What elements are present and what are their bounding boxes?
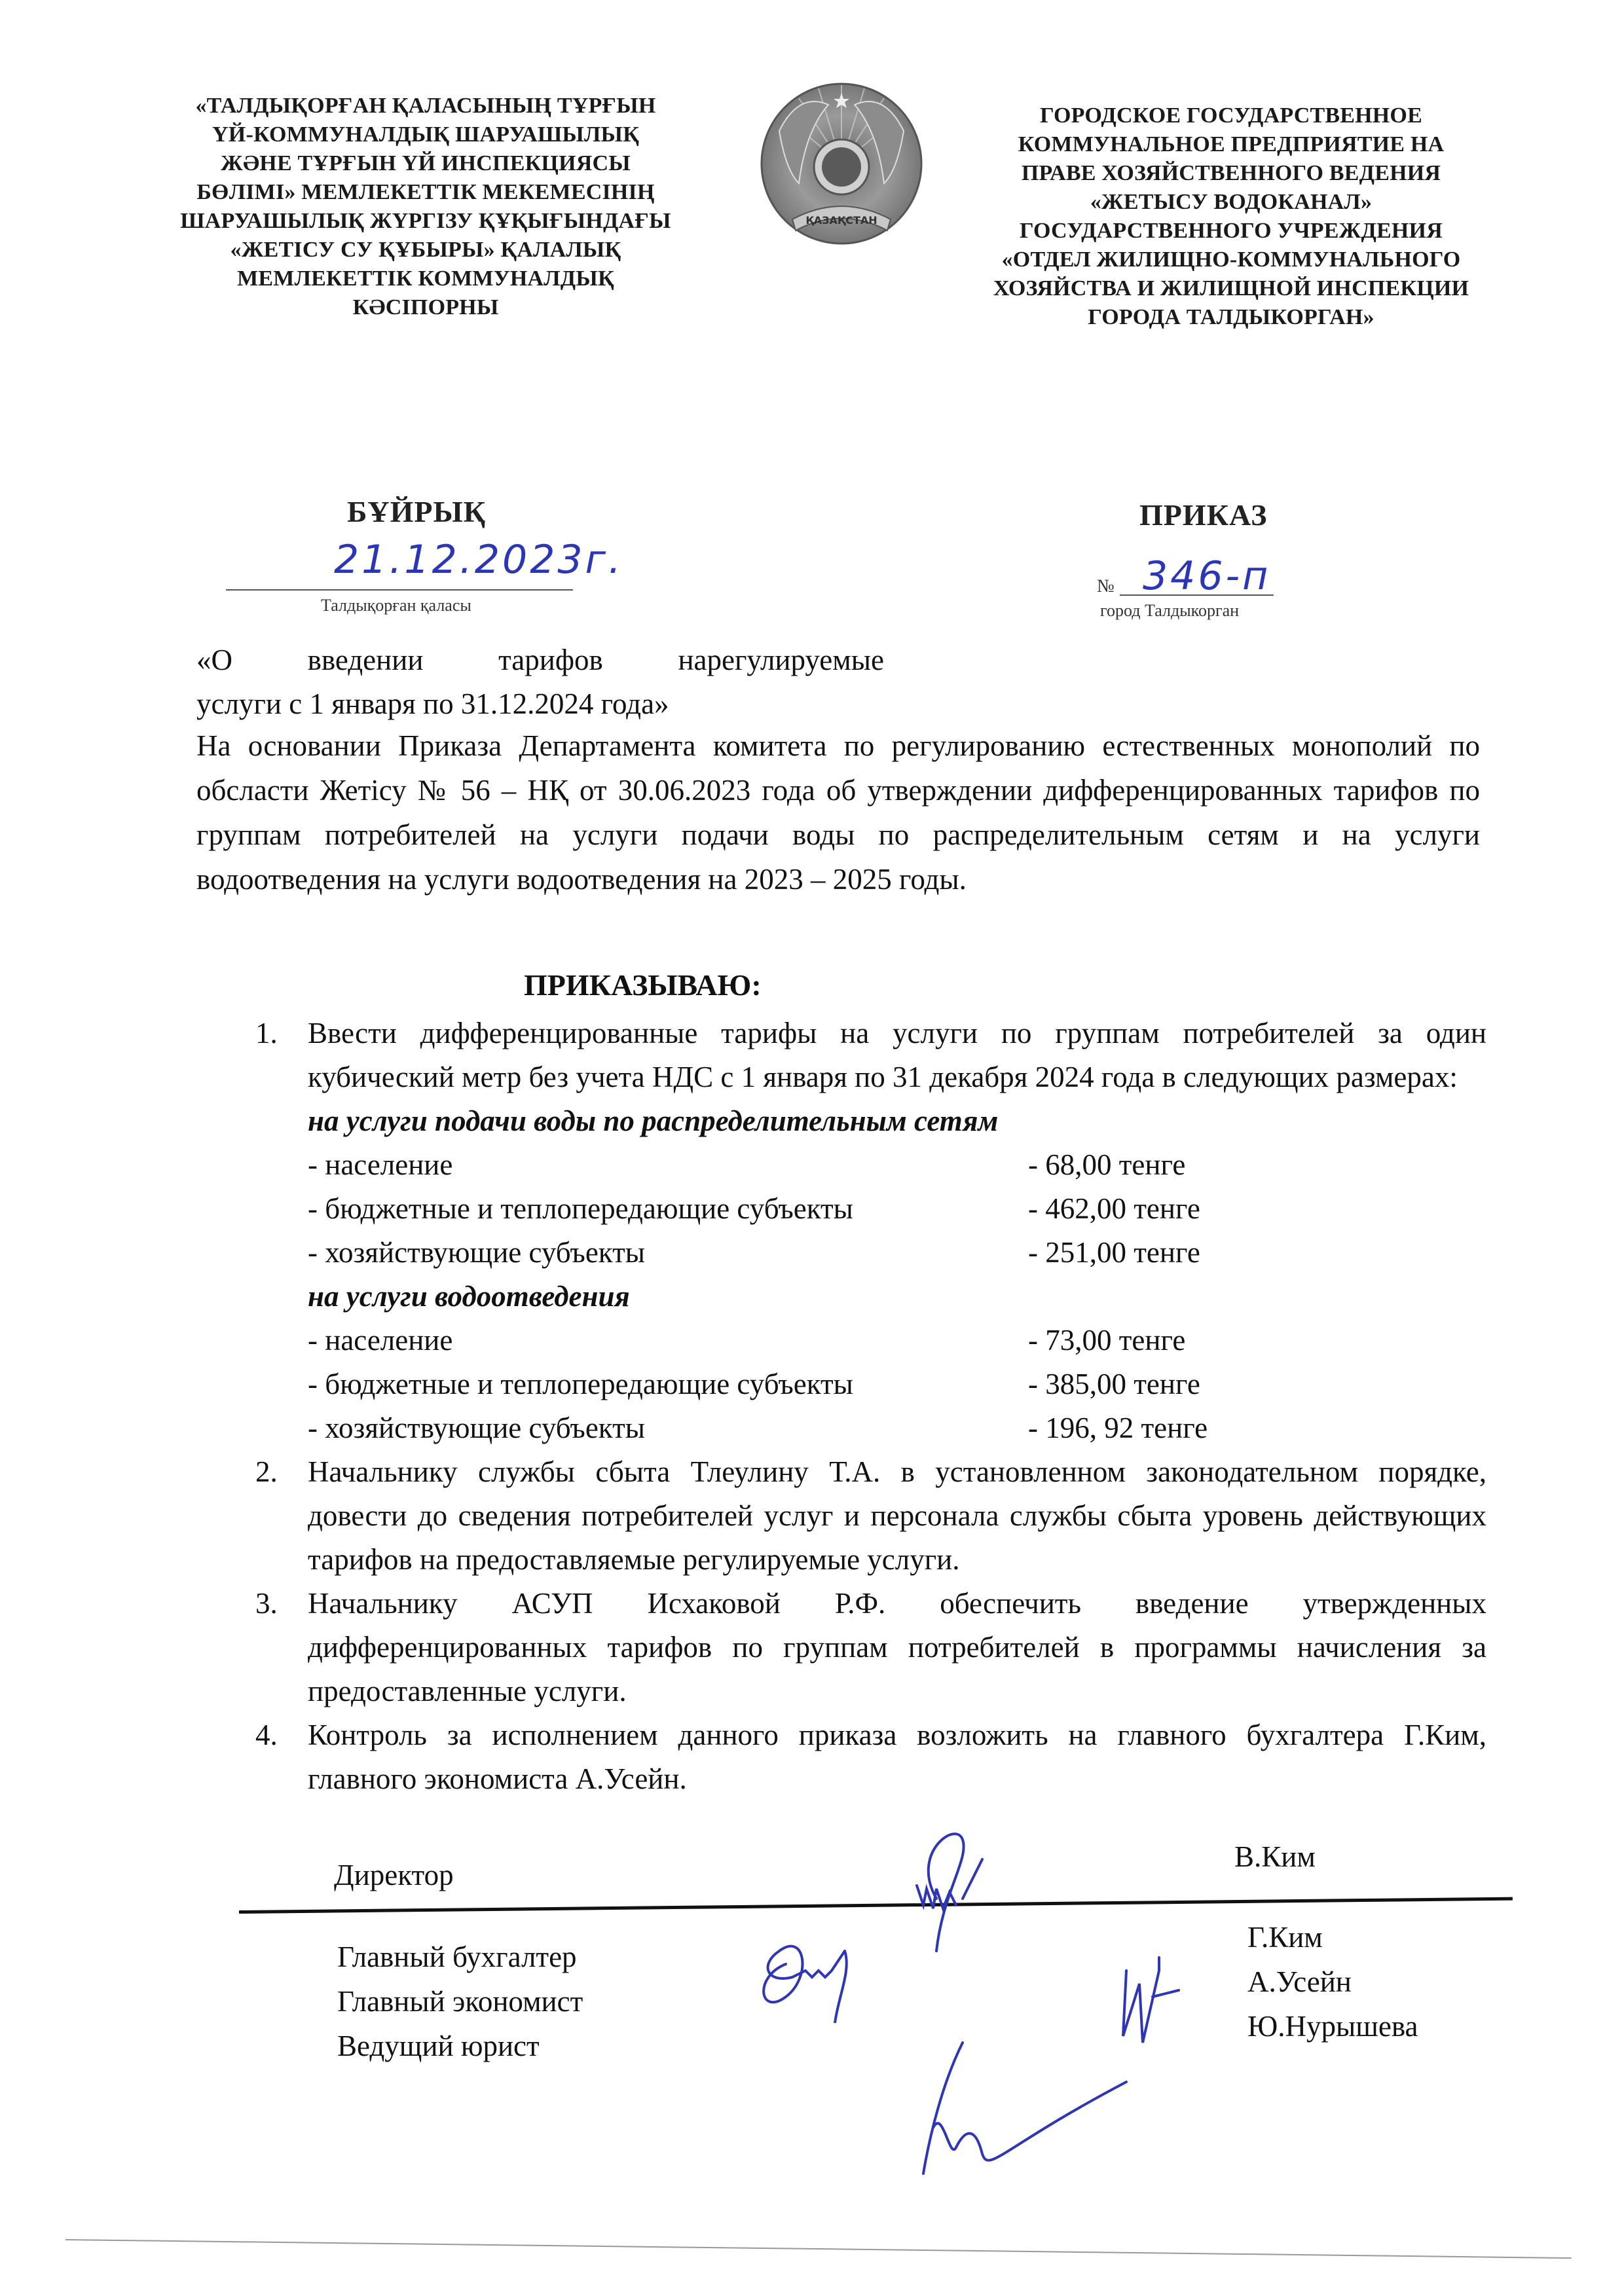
order-subject: «О введении тарифов нарегулируемые услуг…	[196, 638, 884, 726]
director-name: В.Ким	[1234, 1840, 1316, 1874]
subject-word: тарифов	[498, 638, 603, 682]
kz-header-line: КӘСІПОРНЫ	[131, 293, 720, 322]
tariff-row: - хозяйствующие субъекты - 196, 92 тенге	[308, 1406, 1486, 1450]
tariff-section-wastewater: на услуги водоотведения	[308, 1275, 1486, 1319]
kz-header-line: ЖӘНЕ ТҰРҒЫН ҮЙ ИНСПЕКЦИЯСЫ	[131, 149, 720, 178]
tariff-value: - 68,00 тенге	[1028, 1143, 1185, 1187]
tariff-value: - 462,00 тенге	[1028, 1187, 1200, 1231]
city-russian: город Талдыкорган	[1100, 601, 1239, 621]
item-text: Начальнику АСУП Исхаковой Р.Ф. обеспечит…	[308, 1582, 1486, 1713]
city-kazakh: Талдықорған қаласы	[321, 596, 471, 615]
kz-header-line: МЕМЛЕКЕТТІК КОММУНАЛДЫҚ	[131, 264, 720, 293]
item-number: 3.	[255, 1582, 308, 1713]
subject-word: нарегулируемые	[678, 638, 884, 682]
ru-header-line: ПРАВЕ ХОЗЯЙСТВЕННОГО ВЕДЕНИЯ	[936, 159, 1526, 188]
tariff-value: - 196, 92 тенге	[1028, 1406, 1208, 1450]
russian-organization-header: ГОРОДСКОЕ ГОСУДАРСТВЕННОЕ КОММУНАЛЬНОЕ П…	[936, 101, 1526, 332]
order-items-list: 1. Ввести дифференцированные тарифы на у…	[255, 1011, 1486, 1801]
kz-header-line: ҮЙ-КОММУНАЛДЫҚ ШАРУАШЫЛЫҚ	[131, 120, 720, 149]
ru-header-line: ГОРОДСКОЕ ГОСУДАРСТВЕННОЕ	[936, 101, 1526, 130]
orders-heading: ПРИКАЗЫВАЮ:	[524, 968, 762, 1002]
tariff-group: - хозяйствующие субъекты	[308, 1231, 1028, 1275]
approver-role: Главный экономист	[337, 1979, 583, 2024]
item-number: 4.	[255, 1713, 308, 1801]
item-text: Ввести дифференцированные тарифы на услу…	[308, 1011, 1486, 1099]
order-item: 2. Начальнику службы сбыта Тлеулину Т.А.…	[255, 1450, 1486, 1582]
ru-header-line: КОММУНАЛЬНОЕ ПРЕДПРИЯТИЕ НА	[936, 130, 1526, 159]
ru-header-line: «ОТДЕЛ ЖИЛИЩНО-КОММУНАЛЬНОГО	[936, 246, 1526, 274]
order-item: 3. Начальнику АСУП Исхаковой Р.Ф. обеспе…	[255, 1582, 1486, 1713]
tariff-group: - население	[308, 1319, 1028, 1362]
subject-word: «О	[196, 638, 232, 682]
approver-role: Ведущий юрист	[337, 2024, 583, 2068]
tariff-value: - 251,00 тенге	[1028, 1231, 1200, 1275]
page-bottom-line	[65, 2239, 1572, 2259]
tariff-row: - хозяйствующие субъекты - 251,00 тенге	[308, 1231, 1486, 1275]
order-date-handwritten: 21.12.2023г.	[334, 537, 623, 583]
tariff-row: - население - 73,00 тенге	[308, 1319, 1486, 1362]
tariff-group: - бюджетные и теплопередающие субъекты	[308, 1187, 1028, 1231]
item-text: Начальнику службы сбыта Тлеулину Т.А. в …	[308, 1450, 1486, 1582]
order-item: 4. Контроль за исполнением данного прика…	[255, 1713, 1486, 1801]
svg-text:ҚАЗАҚСТАН: ҚАЗАҚСТАН	[805, 214, 877, 227]
kazakh-organization-header: «ТАЛДЫҚОРҒАН ҚАЛАСЫНЫҢ ТҰРҒЫН ҮЙ-КОММУНА…	[131, 92, 720, 322]
tariff-section-water-supply: на услуги подачи воды по распределительн…	[308, 1099, 1486, 1143]
item-number: 2.	[255, 1450, 308, 1582]
kz-header-line: ШАРУАШЫЛЫҚ ЖҮРГІЗУ ҚҰҚЫҒЫНДАҒЫ	[131, 207, 720, 236]
approver-name: Ю.Нурышева	[1247, 2004, 1418, 2049]
kazakhstan-state-emblem-icon: ҚАЗАҚСТАН	[760, 79, 923, 249]
tariff-row: - бюджетные и теплопередающие субъекты -…	[308, 1187, 1486, 1231]
director-role: Директор	[334, 1858, 454, 1892]
order-title-kazakh: БҰЙРЫҚ	[347, 494, 486, 529]
ru-header-line: «ЖЕТЫСУ ВОДОКАНАЛ»	[936, 188, 1526, 217]
basis-paragraph: На основании Приказа Департамента комите…	[196, 723, 1480, 902]
approver-name: Г.Ким	[1247, 1915, 1418, 1959]
tariff-row: - бюджетные и теплопередающие субъекты -…	[308, 1362, 1486, 1406]
subject-line-2: услуги с 1 января по 31.12.2024 года»	[196, 682, 884, 726]
tariff-value: - 73,00 тенге	[1028, 1319, 1185, 1362]
order-item: 1. Ввести дифференцированные тарифы на у…	[255, 1011, 1486, 1099]
tariff-group: - бюджетные и теплопередающие субъекты	[308, 1362, 1028, 1406]
number-sign: №	[1097, 576, 1115, 597]
director-signature-icon	[897, 1827, 1028, 1958]
kz-header-line: БӨЛІМІ» МЕМЛЕКЕТТІК МЕКЕМЕСІНІҢ	[131, 178, 720, 207]
ru-header-line: ГОРОДА ТАЛДЫКОРГАН»	[936, 303, 1526, 332]
item-text: Контроль за исполнением данного приказа …	[308, 1713, 1486, 1801]
order-number-handwritten: 346-п	[1143, 553, 1270, 599]
subject-word: введении	[308, 638, 424, 682]
approver-role: Главный бухгалтер	[337, 1935, 583, 1979]
ru-header-line: ХОЗЯЙСТВА И ЖИЛИЩНОЙ ИНСПЕКЦИИ	[936, 274, 1526, 303]
approver-roles: Главный бухгалтер Главный экономист Веду…	[337, 1935, 583, 2068]
approver-names: Г.Ким А.Усейн Ю.Нурышева	[1247, 1915, 1418, 2049]
signature-divider	[239, 1897, 1513, 1914]
number-underline	[1120, 594, 1274, 596]
tariff-row: - население - 68,00 тенге	[308, 1143, 1486, 1187]
tariff-group: - население	[308, 1143, 1028, 1187]
order-title-russian: ПРИКАЗ	[1139, 498, 1267, 532]
kz-header-line: «ТАЛДЫҚОРҒАН ҚАЛАСЫНЫҢ ТҰРҒЫН	[131, 92, 720, 120]
item-number: 1.	[255, 1011, 308, 1099]
date-underline	[226, 589, 573, 591]
tariff-group: - хозяйствующие субъекты	[308, 1406, 1028, 1450]
lead-lawyer-signature-icon	[904, 2030, 1139, 2187]
kz-header-line: «ЖЕТІСУ СУ ҚҰБЫРЫ» ҚАЛАЛЫҚ	[131, 236, 720, 264]
chief-accountant-signature-icon	[747, 1925, 891, 2023]
approver-name: А.Усейн	[1247, 1959, 1418, 2004]
ru-header-line: ГОСУДАРСТВЕННОГО УЧРЕЖДЕНИЯ	[936, 217, 1526, 246]
tariff-value: - 385,00 тенге	[1028, 1362, 1200, 1406]
